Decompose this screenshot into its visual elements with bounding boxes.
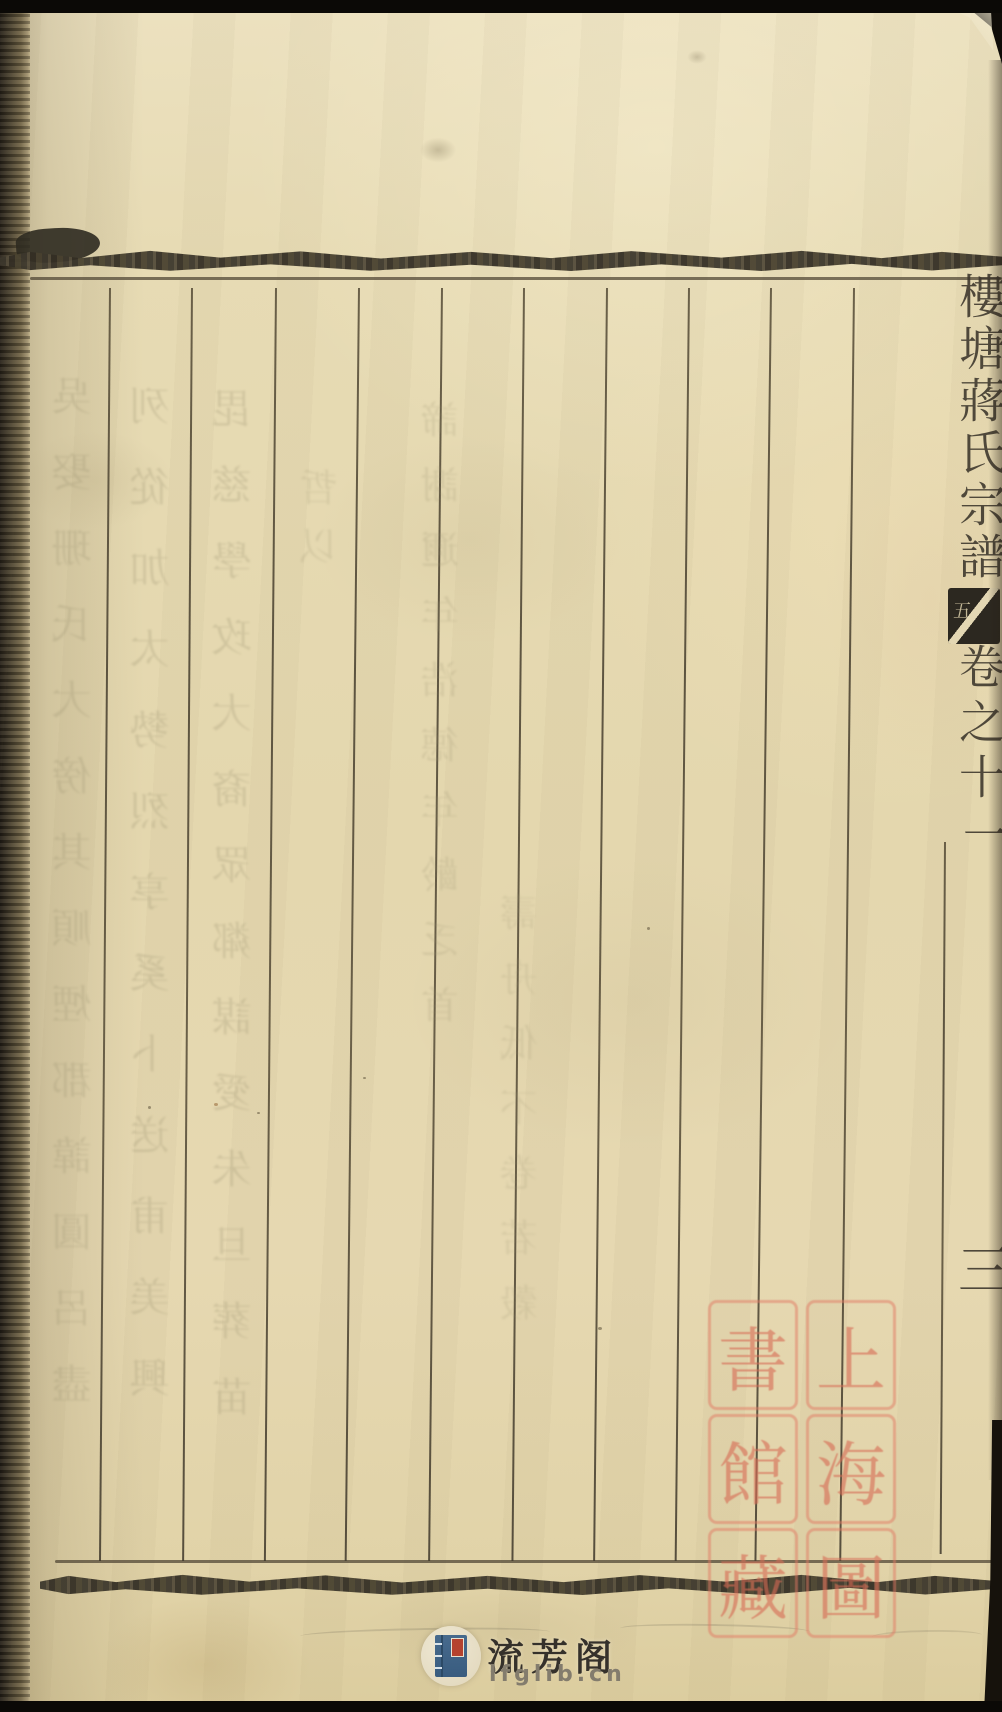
bleed-through-column: 吳娶珊氏大傍其順煙郡諱圓呂盡 xyxy=(55,375,95,1439)
dust-speck xyxy=(363,1077,366,1079)
dust-speck xyxy=(598,1327,602,1330)
bleed-through-column: 壽舟低不卷若穀 xyxy=(503,893,541,1348)
book-stitch xyxy=(435,1667,442,1669)
book-stitch xyxy=(435,1643,442,1645)
dust-speck xyxy=(257,1112,260,1114)
dust-speck xyxy=(148,1106,151,1109)
dust-speck xyxy=(214,1103,218,1106)
dust-speck xyxy=(647,927,650,930)
page-edge-shadow xyxy=(988,60,1002,1480)
seal-character: 圖 xyxy=(806,1528,896,1638)
stitched-book-icon xyxy=(435,1635,467,1677)
book-stitch xyxy=(435,1655,442,1657)
seal-character: 海 xyxy=(806,1414,896,1524)
seal-character: 館 xyxy=(708,1414,798,1524)
frame-line-top xyxy=(30,277,1002,280)
bleed-through-column: 列從加太勢烈享奚卜送甫美興 xyxy=(133,385,173,1438)
watermark-site-url: lfglib.cn xyxy=(489,1662,626,1687)
bleed-through-column: 哲以 xyxy=(303,468,341,584)
bleed-through-column: 諦謝邇年浩德年齡乏首 xyxy=(424,400,462,1050)
seal-character: 上 xyxy=(806,1300,896,1410)
seal-character: 藏 xyxy=(708,1528,798,1638)
photo-background-bottom xyxy=(0,1701,1002,1712)
scanned-book-photo: 吳娶珊氏大傍其順煙郡諱圓呂盡 列從加太勢烈享奚卜送甫美興 毘慈學玫大裔眾鄰謀愛朱… xyxy=(0,0,1002,1712)
bleed-through-column: 毘慈學玫大裔眾鄰謀愛朱旦葬苗 xyxy=(215,388,255,1452)
watermark-badge xyxy=(421,1626,481,1686)
book-title-label xyxy=(451,1638,464,1657)
library-seal: 上 海 圖 書 館 藏 xyxy=(706,1300,902,1646)
photo-background-top xyxy=(0,0,1002,13)
seal-character: 書 xyxy=(708,1300,798,1410)
